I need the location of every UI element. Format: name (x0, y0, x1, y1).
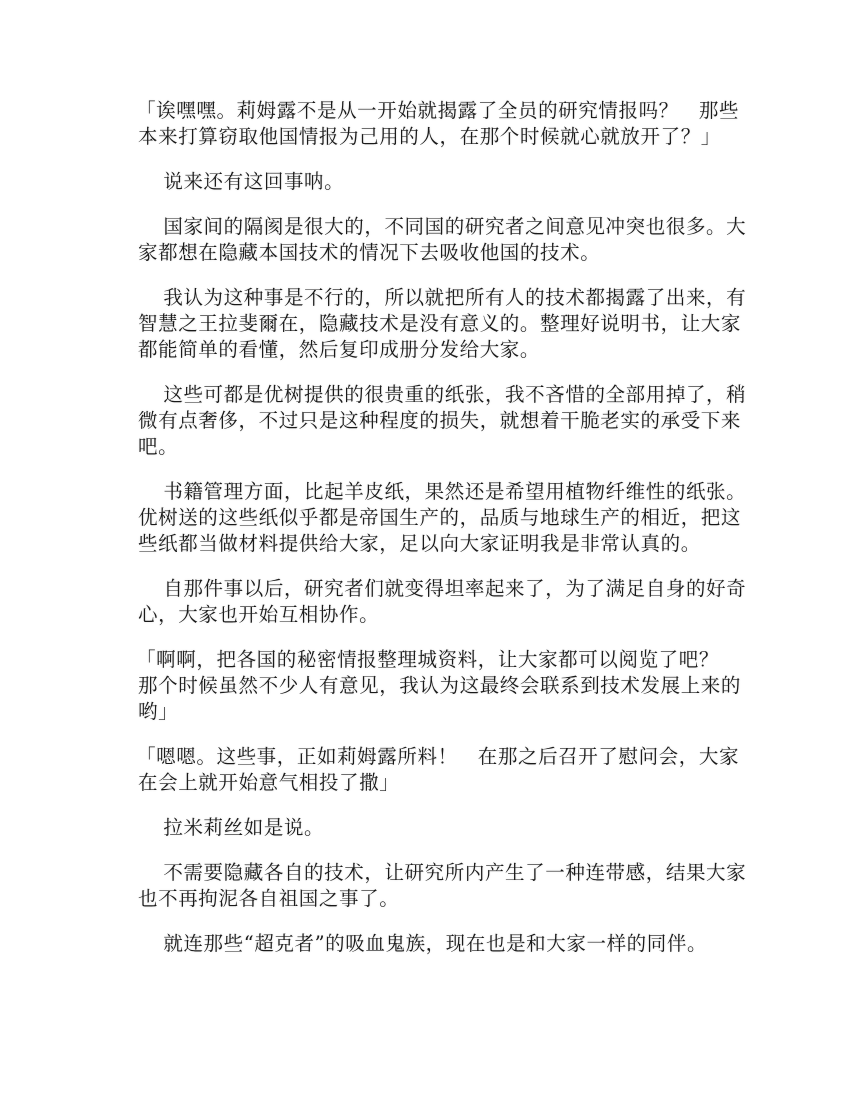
document-page: 「诶嘿嘿。莉姆露不是从一开始就揭露了全员的研究情报吗？ 那些本来打算窃取他国情报… (138, 98, 750, 976)
narration-paragraph: 拉米莉丝如是说。 (138, 815, 750, 841)
narration-paragraph: 自那件事以后，研究者们就变得坦率起来了，为了满足自身的好奇心，大家也开始互相协作… (138, 576, 750, 628)
narration-paragraph: 我认为这种事是不行的，所以就把所有人的技术都揭露了出来，有智慧之王拉斐爾在，隐藏… (138, 285, 750, 363)
dialogue-paragraph: 「嗯嗯。这些事，正如莉姆露所料！ 在那之后召开了慰问会，大家在会上就开始意气相投… (138, 744, 750, 796)
narration-paragraph: 这些可都是优树提供的很贵重的纸张，我不吝惜的全部用掉了，稍微有点奢侈，不过只是这… (138, 382, 750, 460)
narration-paragraph: 就连那些“超克者”的吸血鬼族，现在也是和大家一样的同伴。 (138, 931, 750, 957)
narration-paragraph: 书籍管理方面，比起羊皮纸，果然还是希望用植物纤维性的纸张。优树送的这些纸似乎都是… (138, 479, 750, 557)
narration-paragraph: 国家间的隔阂是很大的，不同国的研究者之间意见冲突也很多。大家都想在隐藏本国技术的… (138, 214, 750, 266)
dialogue-paragraph: 「啊啊，把各国的秘密情报整理城资料，让大家都可以阅览了吧？ 那个时候虽然不少人有… (138, 647, 750, 725)
narration-paragraph: 说来还有这回事呐。 (138, 169, 750, 195)
narration-paragraph: 不需要隐藏各自的技术，让研究所内产生了一种连带感，结果大家也不再拘泥各自祖国之事… (138, 860, 750, 912)
dialogue-paragraph: 「诶嘿嘿。莉姆露不是从一开始就揭露了全员的研究情报吗？ 那些本来打算窃取他国情报… (138, 98, 750, 150)
